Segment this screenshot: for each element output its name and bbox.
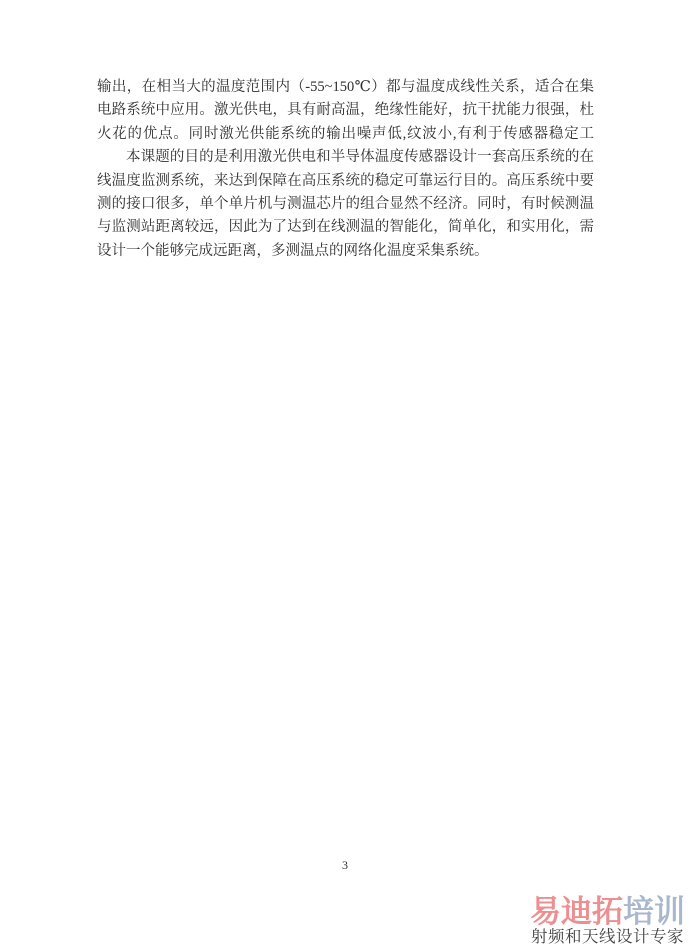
text-line: 电路系统中应用。激光供电，具有耐高温，绝缘性能好，抗干扰能力很强，杜绝 (97, 99, 594, 122)
body-text: 输出，在相当大的温度范围内（-55~150℃）都与温度成线性关系，适合在集成 电… (97, 76, 594, 263)
brand-text: 易迪拓培训 (530, 896, 685, 927)
brand-primary-text: 易迪拓 (530, 894, 623, 929)
text-line: 设计一个能够完成远距离，多测温点的网络化温度采集系统。 (97, 240, 594, 263)
text-line: 输出，在相当大的温度范围内（-55~150℃）都与温度成线性关系，适合在集成 (97, 76, 594, 99)
page-number: 3 (0, 858, 690, 873)
paragraph-2: 本课题的目的是利用激光供电和半导体温度传感器设计一套高压系统的在 线温度监测系统… (97, 146, 594, 263)
text-line: 火花的优点。同时激光供能系统的输出噪声低,纹波小,有利于传感器稳定工作。 (97, 123, 594, 146)
text-line: 与监测站距离较远，因此为了达到在线测温的智能化，简单化，和实用化，需要 (97, 216, 594, 239)
brand-tagline: 射频和天线设计专家 (530, 929, 685, 946)
text-line: 本课题的目的是利用激光供电和半导体温度传感器设计一套高压系统的在 (97, 146, 594, 169)
paragraph-1: 输出，在相当大的温度范围内（-55~150℃）都与温度成线性关系，适合在集成 电… (97, 76, 594, 146)
document-page: 输出，在相当大的温度范围内（-55~150℃）都与温度成线性关系，适合在集成 电… (0, 0, 690, 948)
brand-secondary-text: 培训 (623, 894, 685, 929)
text-line: 线温度监测系统，来达到保障在高压系统的稳定可靠运行目的。高压系统中要检 (97, 170, 594, 193)
text-line: 测的接口很多，单个单片机与测温芯片的组合显然不经济。同时，有时候测温点 (97, 193, 594, 216)
watermark-logo: 易迪拓培训 射频和天线设计专家 (530, 896, 685, 946)
